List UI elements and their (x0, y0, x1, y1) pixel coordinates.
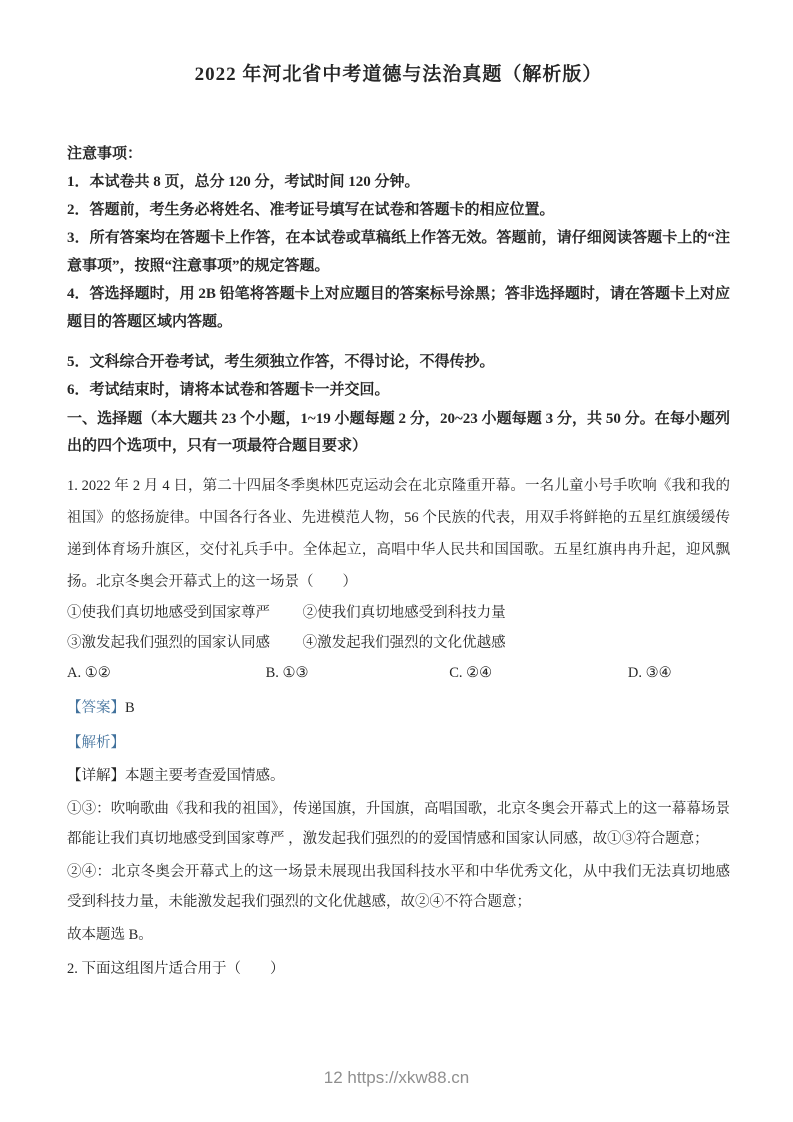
notice-heading: 注意事项： (67, 140, 730, 168)
analysis-label: 【解析】 (67, 735, 125, 751)
question-1-choices: A. ①② B. ①③ C. ②④ D. ③④ (67, 658, 730, 688)
detail-label: 【详解】 (67, 768, 125, 784)
detail-intro-text: 本题主要考查爱国情感。 (125, 768, 285, 784)
detail-intro-line: 【详解】本题主要考查爱国情感。 (67, 761, 730, 791)
choice-b: B. ①③ (266, 658, 446, 688)
notice-item-5: 5．文科综合开卷考试，考生须独立作答，不得讨论，不得传抄。 (67, 348, 730, 376)
answer-value: B (125, 700, 135, 716)
answer-label: 【答案】 (67, 700, 125, 716)
statement-3: ③激发起我们强烈的国家认同感 (67, 628, 299, 658)
detail-conclusion: 故本题选 B。 (67, 920, 730, 950)
section-heading-choice-questions: 一、选择题（本大题共 23 个小题，1~19 小题每题 2 分，20~23 小题… (67, 406, 730, 460)
page-title: 2022 年河北省中考道德与法治真题（解析版） (67, 0, 730, 90)
answer-line: 【答案】B (67, 693, 730, 723)
page-footer-url: 12 https://xkw88.cn (0, 1068, 793, 1088)
notice-item-3: 3．所有答案均在答题卡上作答，在本试卷或草稿纸上作答无效。答题前，请仔细阅读答题… (67, 224, 730, 280)
question-1-stem: 1. 2022 年 2 月 4 日，第二十四届冬季奥林匹克运动会在北京隆重开幕。… (67, 470, 730, 598)
notice-item-6: 6．考试结束时，请将本试卷和答题卡一并交回。 (67, 376, 730, 404)
notice-item-1: 1．本试卷共 8 页，总分 120 分，考试时间 120 分钟。 (67, 168, 730, 196)
notice-section: 注意事项： 1．本试卷共 8 页，总分 120 分，考试时间 120 分钟。 2… (67, 140, 730, 404)
statement-row-2: ③激发起我们强烈的国家认同感 ④激发起我们强烈的文化优越感 (67, 628, 730, 658)
detail-point-2: ②④：北京冬奥会开幕式上的这一场景未展现出我国科技水平和中华优秀文化，从中我们无… (67, 857, 730, 917)
choice-d: D. ③④ (628, 658, 672, 688)
question-1-statements: ①使我们真切地感受到国家尊严 ②使我们真切地感受到科技力量 ③激发起我们强烈的国… (67, 598, 730, 658)
detail-point-1: ①③：吹响歌曲《我和我的祖国》，传递国旗，升国旗，高唱国歌，北京冬奥会开幕式上的… (67, 794, 730, 854)
choice-c: C. ②④ (449, 658, 624, 688)
statement-4: ④激发起我们强烈的文化优越感 (303, 635, 506, 651)
notice-item-2: 2．答题前，考生务必将姓名、准考证号填写在试卷和答题卡的相应位置。 (67, 196, 730, 224)
document-content: 2022 年河北省中考道德与法治真题（解析版） 注意事项： 1．本试卷共 8 页… (67, 0, 730, 984)
statement-1: ①使我们真切地感受到国家尊严 (67, 598, 299, 628)
exam-document-page: 2022 年河北省中考道德与法治真题（解析版） 注意事项： 1．本试卷共 8 页… (0, 0, 793, 1122)
analysis-line: 【解析】 (67, 728, 730, 758)
question-1: 1. 2022 年 2 月 4 日，第二十四届冬季奥林匹克运动会在北京隆重开幕。… (67, 470, 730, 950)
choice-a: A. ①② (67, 658, 262, 688)
statement-2: ②使我们真切地感受到科技力量 (303, 605, 506, 621)
question-2-stem: 2. 下面这组图片适合用于（ ） (67, 954, 730, 984)
statement-row-1: ①使我们真切地感受到国家尊严 ②使我们真切地感受到科技力量 (67, 598, 730, 628)
notice-item-4: 4．答选择题时，用 2B 铅笔将答题卡上对应题目的答案标号涂黑；答非选择题时，请… (67, 280, 730, 336)
